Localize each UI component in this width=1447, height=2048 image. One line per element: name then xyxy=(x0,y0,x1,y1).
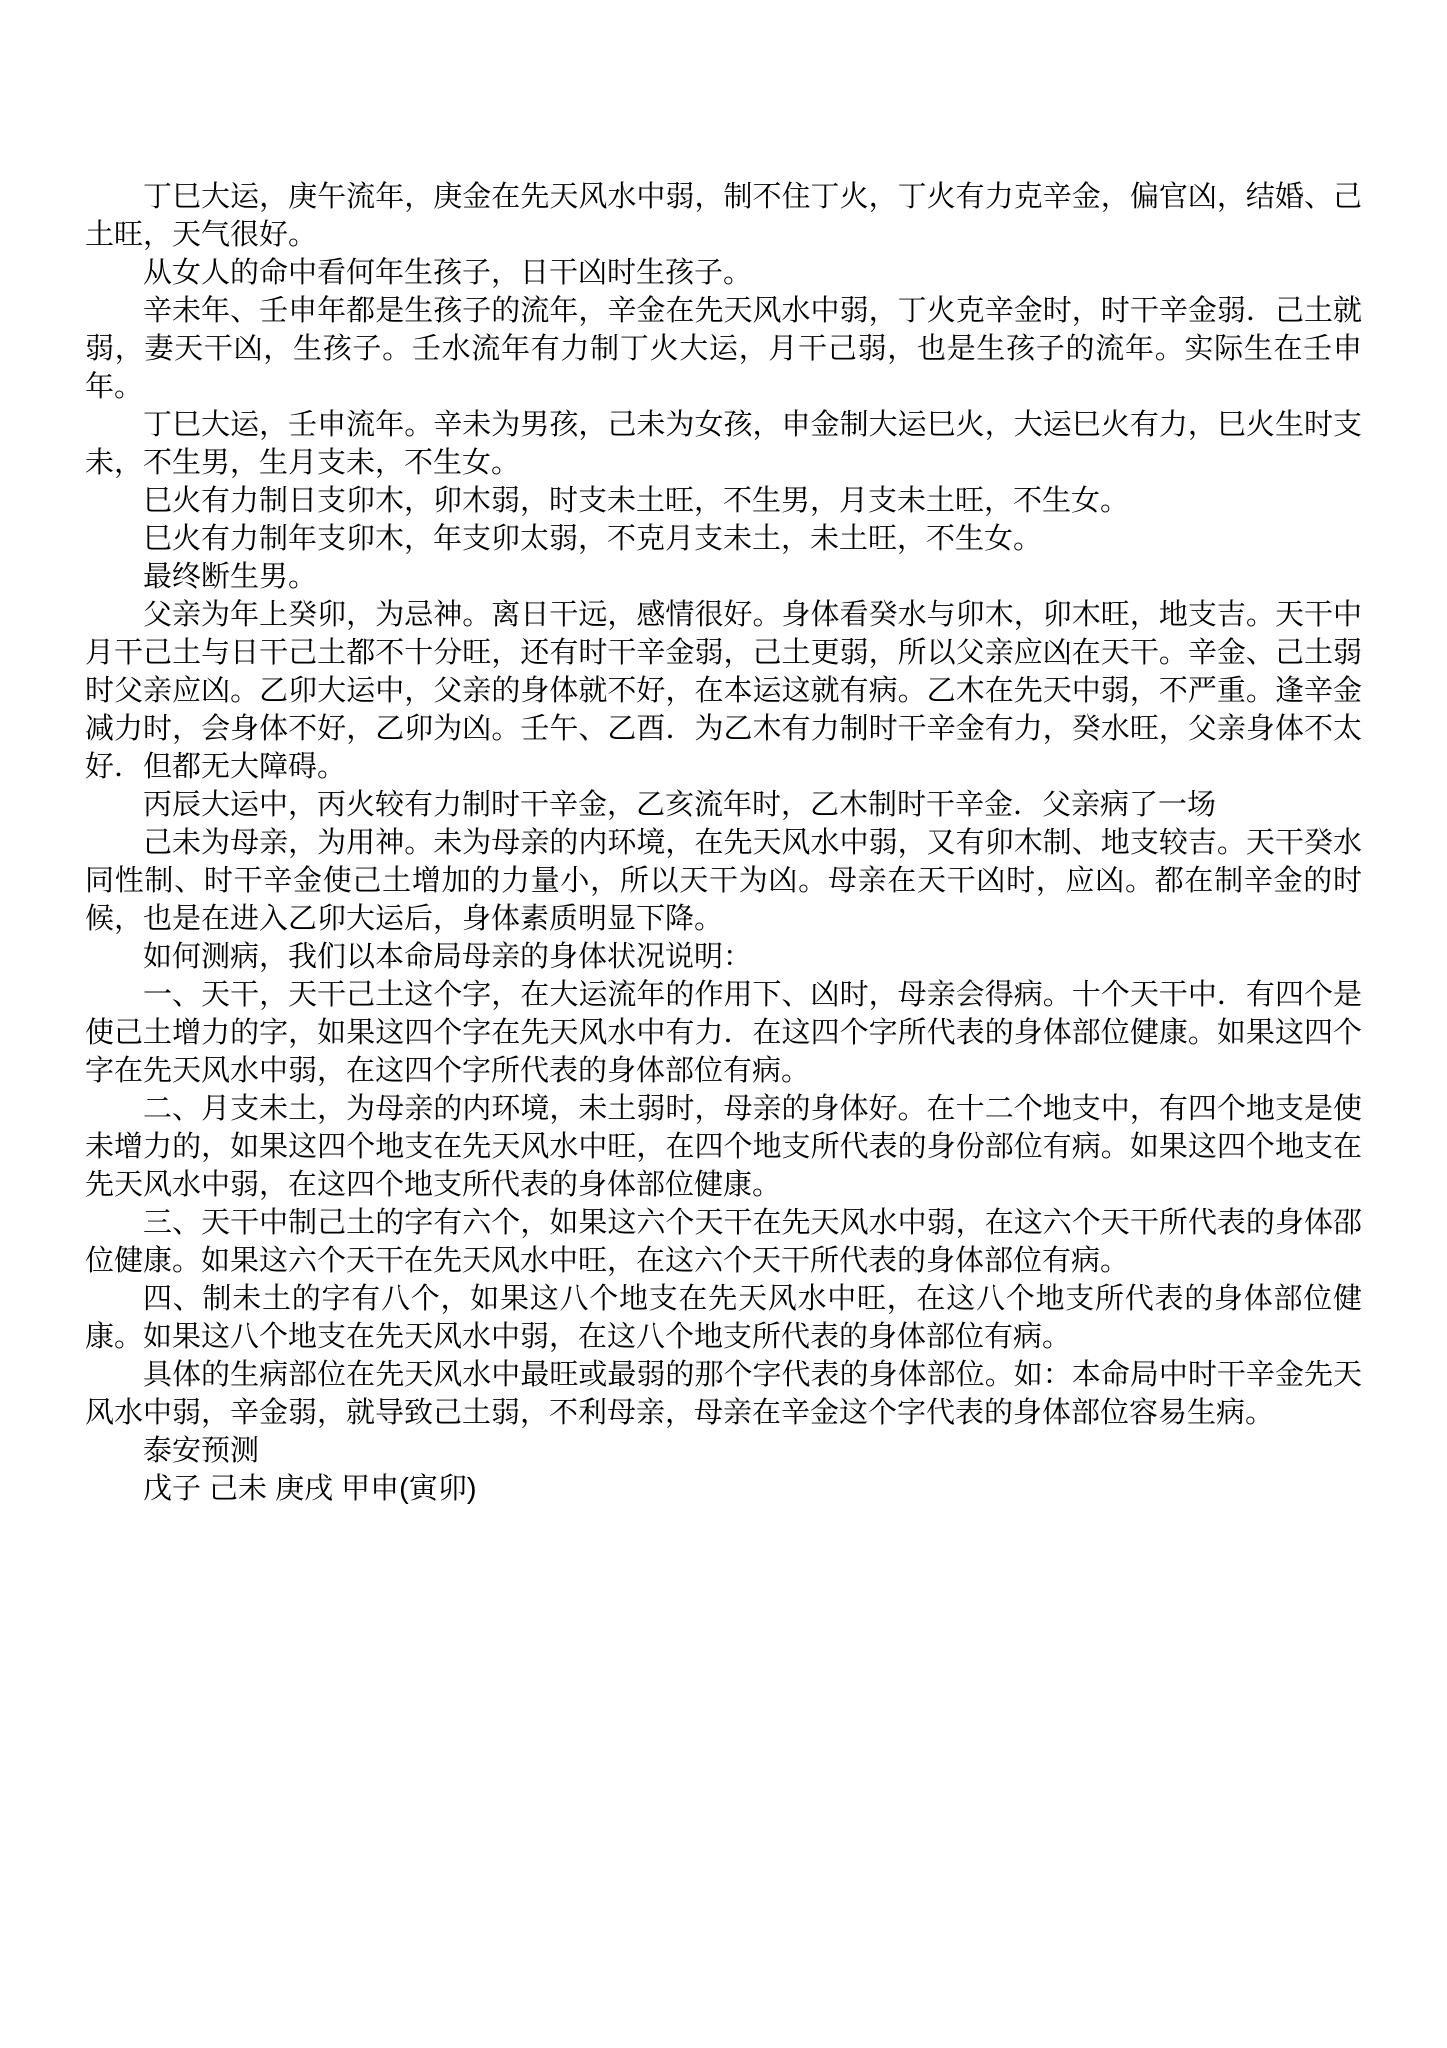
paragraph-mother-analysis: 己未为母亲，为用神。未为母亲的内环境，在先天风水中弱，又有卯木制、地支较吉。天干… xyxy=(85,824,1362,938)
paragraph-rule-one: 一、天干，天干己土这个字，在大运流年的作用下、凶时，母亲会得病。十个天干中．有四… xyxy=(85,976,1362,1090)
paragraph-childbirth-years: 辛未年、壬申年都是生孩子的流年，辛金在先天风水中弱，丁火克辛金时，时干辛金弱．己… xyxy=(85,292,1362,406)
document-text-block: 丁巳大运，庚午流年，庚金在先天风水中弱，制不住丁火，丁火有力克辛金，偏官凶，结婚… xyxy=(85,178,1362,1508)
paragraph-illness-intro: 如何测病，我们以本命局母亲的身体状况说明： xyxy=(85,938,1362,976)
paragraph-bingchen-dayun: 丙辰大运中，丙火较有力制时干辛金，乙亥流年时，乙木制时干辛金．父亲病了一场 xyxy=(85,786,1362,824)
paragraph-dayun-dingsi-gengwu: 丁巳大运，庚午流年，庚金在先天风水中弱，制不住丁火，丁火有力克辛金，偏官凶，结婚… xyxy=(85,178,1362,254)
paragraph-childbirth-intro: 从女人的命中看何年生孩子，日干凶时生孩子。 xyxy=(85,254,1362,292)
paragraph-sihuo-day-branch: 巳火有力制日支卯木，卯木弱，时支未土旺，不生男，月支未土旺，不生女。 xyxy=(85,482,1362,520)
paragraph-rule-two: 二、月支未土，为母亲的内环境，未土弱时，母亲的身体好。在十二个地支中，有四个地支… xyxy=(85,1090,1362,1204)
paragraph-illness-location: 具体的生病部位在先天风水中最旺或最弱的那个字代表的身体部位。如：本命局中时干辛金… xyxy=(85,1356,1362,1432)
paragraph-boy-or-girl: 丁巳大运，壬申流年。辛未为男孩，己未为女孩，申金制大运巳火，大运巳火有力，巳火生… xyxy=(85,406,1362,482)
paragraph-sihuo-year-branch: 巳火有力制年支卯木，年支卯太弱，不克月支未土，未土旺，不生女。 xyxy=(85,520,1362,558)
paragraph-rule-three: 三、天干中制己土的字有六个，如果这六个天干在先天风水中弱，在这六个天干所代表的身… xyxy=(85,1204,1362,1280)
paragraph-final-judgment-boy: 最终断生男。 xyxy=(85,558,1362,596)
paragraph-rule-four: 四、制未土的字有八个，如果这八个地支在先天风水中旺，在这八个地支所代表的身体部位… xyxy=(85,1280,1362,1356)
paragraph-father-analysis: 父亲为年上癸卯，为忌神。离日干远，感情很好。身体看癸水与卯木，卯木旺，地支吉。天… xyxy=(85,596,1362,786)
four-pillars-chart-line: 戊子 己未 庚戌 甲申(寅卯) xyxy=(85,1470,1362,1508)
document-page: 丁巳大运，庚午流年，庚金在先天风水中弱，制不住丁火，丁火有力克辛金，偏官凶，结婚… xyxy=(0,0,1447,2048)
signature-taian-prediction: 泰安预测 xyxy=(85,1432,1362,1470)
